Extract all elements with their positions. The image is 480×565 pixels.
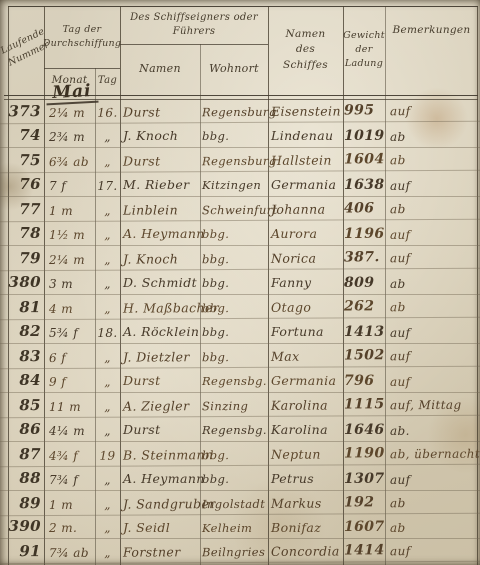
cell-wohnort: bbg. (200, 449, 268, 465)
cell-zeit: 9 f (44, 376, 95, 392)
cell-tag: „ (95, 303, 120, 319)
cell-zeit: 4¼ m (44, 425, 95, 441)
cell-bemerkung: ab (385, 497, 478, 513)
cell-tag: „ (95, 522, 120, 538)
cell-ladung: 796 (343, 374, 385, 392)
cell-num: 82 (8, 324, 44, 343)
register-rows: 3732¼ m16.DurstRegensburgEisenstein995au… (0, 99, 480, 564)
cell-ladung: 192 (343, 495, 385, 513)
cell-ladung: 1607 (343, 520, 385, 538)
cell-wohnort: Beilngries (200, 547, 268, 563)
cell-tag: 18. (95, 327, 120, 343)
cell-tag: „ (95, 401, 120, 417)
cell-ladung: 809 (343, 276, 385, 294)
cell-tag: „ (95, 229, 120, 245)
cell-num: 89 (8, 496, 44, 515)
cell-name: D. Schmidt (120, 277, 200, 294)
cell-bemerkung: ab (385, 278, 478, 294)
cell-tag: „ (95, 425, 120, 441)
table-row: 836 f„J. Dietzlerbbg.Max1502auf (0, 342, 480, 369)
cell-name: J. Seidl (120, 522, 200, 539)
cell-tag: „ (95, 205, 120, 221)
cell-num: 380 (8, 275, 44, 294)
cell-bemerkung: auf (385, 376, 478, 392)
cell-ladung: 387. (343, 251, 385, 269)
cell-num: 76 (8, 177, 44, 196)
cell-tag: 17. (95, 180, 120, 196)
cell-bemerkung: auf, Mittag (385, 399, 478, 415)
monat-subheader-divider (44, 68, 120, 69)
table-row: 849 f„DurstRegensbg.Germania796auf (0, 368, 480, 392)
cell-zeit: 1½ m (44, 229, 95, 245)
ledger-page: Laufende Nummer Tag der Durchschiffung M… (0, 0, 480, 565)
cell-ladung: 1413 (343, 325, 385, 343)
cell-zeit: 7¾ f (44, 474, 95, 490)
cell-num: 81 (8, 300, 44, 319)
header-namen-label: Namen (139, 61, 181, 77)
cell-schiff: Lindenau (268, 130, 343, 147)
cell-schiff: Fortuna (268, 326, 343, 343)
table-row: 781½ m„A. Heymannbbg.Aurora1196auf (0, 221, 480, 245)
header-tag: Tag (95, 68, 120, 94)
cell-name: Durst (120, 424, 200, 441)
cell-num: 86 (8, 422, 44, 441)
cell-tag: 16. (95, 107, 120, 123)
header-bemerkungen: Bemerkungen (385, 16, 478, 46)
cell-name: A. Heymann (120, 228, 200, 245)
cell-bemerkung: auf (385, 252, 478, 268)
header-bemerkungen-label: Bemerkungen (392, 23, 470, 38)
cell-bemerkung: ab. (385, 425, 478, 441)
cell-bemerkung: ab (385, 154, 478, 170)
table-row: 917¾ ab„ForstnerBeilngriesConcordia1414a… (0, 538, 480, 565)
cell-ladung: 1115 (343, 397, 385, 415)
cell-bemerkung: ab (385, 131, 478, 147)
cell-schiff: Markus (268, 497, 343, 514)
cell-wohnort: bbg. (200, 474, 268, 490)
cell-zeit: 5¾ f (44, 327, 95, 343)
table-row: 874¾ f19B. Steinmannbbg.Neptun1190ab, üb… (0, 440, 480, 467)
cell-schiff: Fanny (268, 277, 343, 294)
cell-ladung: 1638 (343, 178, 385, 196)
cell-num: 85 (8, 398, 44, 417)
cell-num: 83 (8, 349, 44, 368)
cell-ladung: 1604 (343, 153, 385, 171)
cell-schiff: Aurora (268, 228, 343, 245)
cell-tag: „ (95, 499, 120, 515)
cell-wohnort: Regensbg. (200, 376, 268, 392)
cell-tag: „ (95, 254, 120, 270)
header-schiffsname-label: Namen des Schiffes (280, 27, 332, 73)
cell-wohnort: bbg. (200, 254, 268, 270)
table-row: 8511 m„A. ZieglerSinzingKarolina1115auf,… (0, 391, 480, 418)
cell-wohnort: bbg. (200, 131, 268, 147)
cell-wohnort: Ingolstadt (200, 498, 268, 514)
cell-num: 74 (8, 128, 44, 147)
cell-bemerkung: ab, übernacht (385, 448, 478, 464)
cell-num: 390 (8, 519, 44, 538)
cell-tag: „ (95, 474, 120, 490)
cell-name: A. Ziegler (120, 400, 200, 417)
cell-num: 88 (8, 471, 44, 490)
cell-wohnort: Regensburg (200, 156, 268, 172)
cell-ladung: 1502 (343, 348, 385, 366)
cell-name: J. Dietzler (120, 351, 200, 368)
cell-wohnort: Kelheim (200, 523, 268, 539)
header-tag-der-durchschiffung: Tag der Durchschiffung (44, 8, 120, 66)
cell-schiff: Max (268, 350, 343, 367)
header-wohnort: Wohnort (200, 44, 268, 94)
cell-name: M. Rieber (120, 179, 200, 196)
cell-zeit: 2¼ m (44, 254, 95, 270)
cell-wohnort: Schweinfurt (200, 205, 268, 221)
cell-wohnort: Sinzing (200, 400, 268, 416)
cell-schiff: Karolina (268, 399, 343, 416)
cell-name: J. Knoch (120, 130, 200, 147)
cell-ladung: 1019 (343, 129, 385, 147)
cell-wohnort: bbg. (200, 229, 268, 245)
cell-wohnort: Regensburg (200, 107, 268, 123)
cell-ladung: 995 (343, 104, 385, 122)
cell-ladung: 1646 (343, 423, 385, 441)
cell-schiff: Hallstein (268, 154, 343, 171)
header-ladung-label: Gewicht der Ladung (343, 29, 385, 70)
cell-bemerkung: auf (385, 546, 478, 562)
cell-zeit: 2 m. (44, 522, 95, 538)
cell-num: 91 (8, 545, 44, 564)
table-row: 756¾ ab„DurstRegensburgHallstein1604ab (0, 147, 480, 174)
table-row: 742¾ m„J. Knochbbg.Lindenau1019ab (0, 123, 480, 147)
cell-wohnort: Regensbg. (200, 425, 268, 441)
header-ladung: Gewicht der Ladung (343, 6, 385, 94)
cell-name: A. Heymann (120, 473, 200, 490)
cell-num: 373 (8, 104, 44, 123)
table-row: 792¼ m„J. Knochbbg.Norica387.auf (0, 245, 480, 272)
cell-schiff: Otago (268, 301, 343, 318)
cell-ladung: 262 (343, 299, 385, 317)
header-schiffseigner: Des Schiffseigners oder Führers (120, 7, 268, 43)
eigner-subheader-divider (120, 44, 268, 45)
cell-ladung: 1190 (343, 446, 385, 464)
cell-zeit: 4¾ f (44, 450, 95, 466)
table-row: 771 m„LinbleinSchweinfurtJohanna406ab (0, 196, 480, 223)
cell-bemerkung: auf (385, 474, 478, 490)
cell-num: 84 (8, 373, 44, 392)
cell-bemerkung: ab (385, 301, 478, 317)
cell-schiff: Bonifaz (268, 522, 343, 539)
cell-zeit: 6 f (44, 352, 95, 368)
cell-name: A. Röcklein (120, 326, 200, 343)
cell-schiff: Norica (268, 252, 343, 269)
cell-zeit: 3 m (44, 278, 95, 294)
table-row: 891 m„J. SandgruberIngolstadtMarkus192ab (0, 489, 480, 516)
table-row: 887¾ f„A. Heymannbbg.Petrus1307auf (0, 466, 480, 490)
cell-name: Forstner (120, 547, 200, 564)
cell-zeit: 7¾ ab (44, 548, 95, 564)
table-row: 864¼ m„DurstRegensbg.Karolina1646ab. (0, 417, 480, 441)
cell-zeit: 1 m (44, 205, 95, 221)
cell-tag: „ (95, 376, 120, 392)
cell-ladung: 406 (343, 202, 385, 220)
cell-bemerkung: ab (385, 203, 478, 219)
cell-name: Durst (120, 155, 200, 172)
cell-bemerkung: auf (385, 327, 478, 343)
cell-name: Linblein (120, 204, 200, 221)
cell-wohnort: bbg. (200, 278, 268, 294)
table-row: 825¾ f18.A. Röckleinbbg.Fortuna1413auf (0, 319, 480, 343)
cell-schiff: Petrus (268, 473, 343, 490)
cell-name: Durst (120, 106, 200, 123)
cell-name: J. Knoch (120, 253, 200, 270)
cell-schiff: Germania (268, 375, 343, 392)
header-schiffseigner-label: Des Schiffseigners oder Führers (120, 11, 268, 40)
cell-tag: „ (95, 278, 120, 294)
cell-ladung: 1196 (343, 227, 385, 245)
cell-name: J. Sandgruber (120, 498, 200, 515)
cell-tag: „ (95, 131, 120, 147)
cell-schiff: Concordia (268, 546, 343, 563)
header-schiffsname: Namen des Schiffes (268, 6, 343, 94)
cell-zeit: 1 m (44, 499, 95, 515)
cell-bemerkung: auf (385, 105, 478, 121)
cell-zeit: 7 f (44, 180, 95, 196)
cell-schiff: Karolina (268, 424, 343, 441)
cell-tag: „ (95, 548, 120, 564)
month-label: Mai (45, 81, 98, 106)
cell-num: 78 (8, 226, 44, 245)
cell-bemerkung: ab (385, 522, 478, 538)
cell-zeit: 2¾ m (44, 131, 95, 147)
table-row: 3902 m.„J. SeidlKelheimBonifaz1607ab (0, 515, 480, 539)
cell-bemerkung: auf (385, 229, 478, 245)
cell-name: H. Maßbacher (120, 302, 200, 319)
cell-num: 75 (8, 153, 44, 172)
cell-wohnort: bbg. (200, 352, 268, 368)
cell-name: Durst (120, 375, 200, 392)
header-namen: Namen (120, 44, 200, 94)
header-wohnort-label: Wohnort (209, 61, 259, 77)
cell-ladung: 1414 (343, 544, 385, 562)
cell-schiff: Germania (268, 179, 343, 196)
header-tag-group-label: Tag der Durchschiffung (43, 23, 122, 51)
cell-schiff: Johanna (268, 203, 343, 220)
cell-schiff: Eisenstein (268, 105, 343, 122)
cell-bemerkung: auf (385, 180, 478, 196)
table-row: 814 m„H. Maßbacherbbg.Otago262ab (0, 293, 480, 320)
cell-tag: „ (95, 352, 120, 368)
cell-wohnort: Kitzingen (200, 180, 268, 196)
cell-num: 87 (8, 447, 44, 466)
cell-num: 79 (8, 251, 44, 270)
cell-ladung: 1307 (343, 472, 385, 490)
cell-zeit: 6¾ ab (44, 156, 95, 172)
cell-zeit: 2¼ m (44, 107, 95, 123)
table-row: 767 f17.M. RieberKitzingenGermania1638au… (0, 172, 480, 196)
cell-schiff: Neptun (268, 448, 343, 465)
cell-name: B. Steinmann (120, 449, 200, 466)
cell-bemerkung: auf (385, 350, 478, 366)
cell-tag: „ (95, 156, 120, 172)
table-top-border (8, 6, 478, 7)
cell-zeit: 4 m (44, 303, 95, 319)
cell-wohnort: bbg. (200, 303, 268, 319)
cell-tag: 19 (95, 450, 120, 466)
cell-wohnort: bbg. (200, 327, 268, 343)
cell-num: 77 (8, 202, 44, 221)
header-tag-label: Tag (98, 74, 117, 89)
table-row: 3803 m„D. Schmidtbbg.Fanny809ab (0, 270, 480, 294)
cell-zeit: 11 m (44, 401, 95, 417)
